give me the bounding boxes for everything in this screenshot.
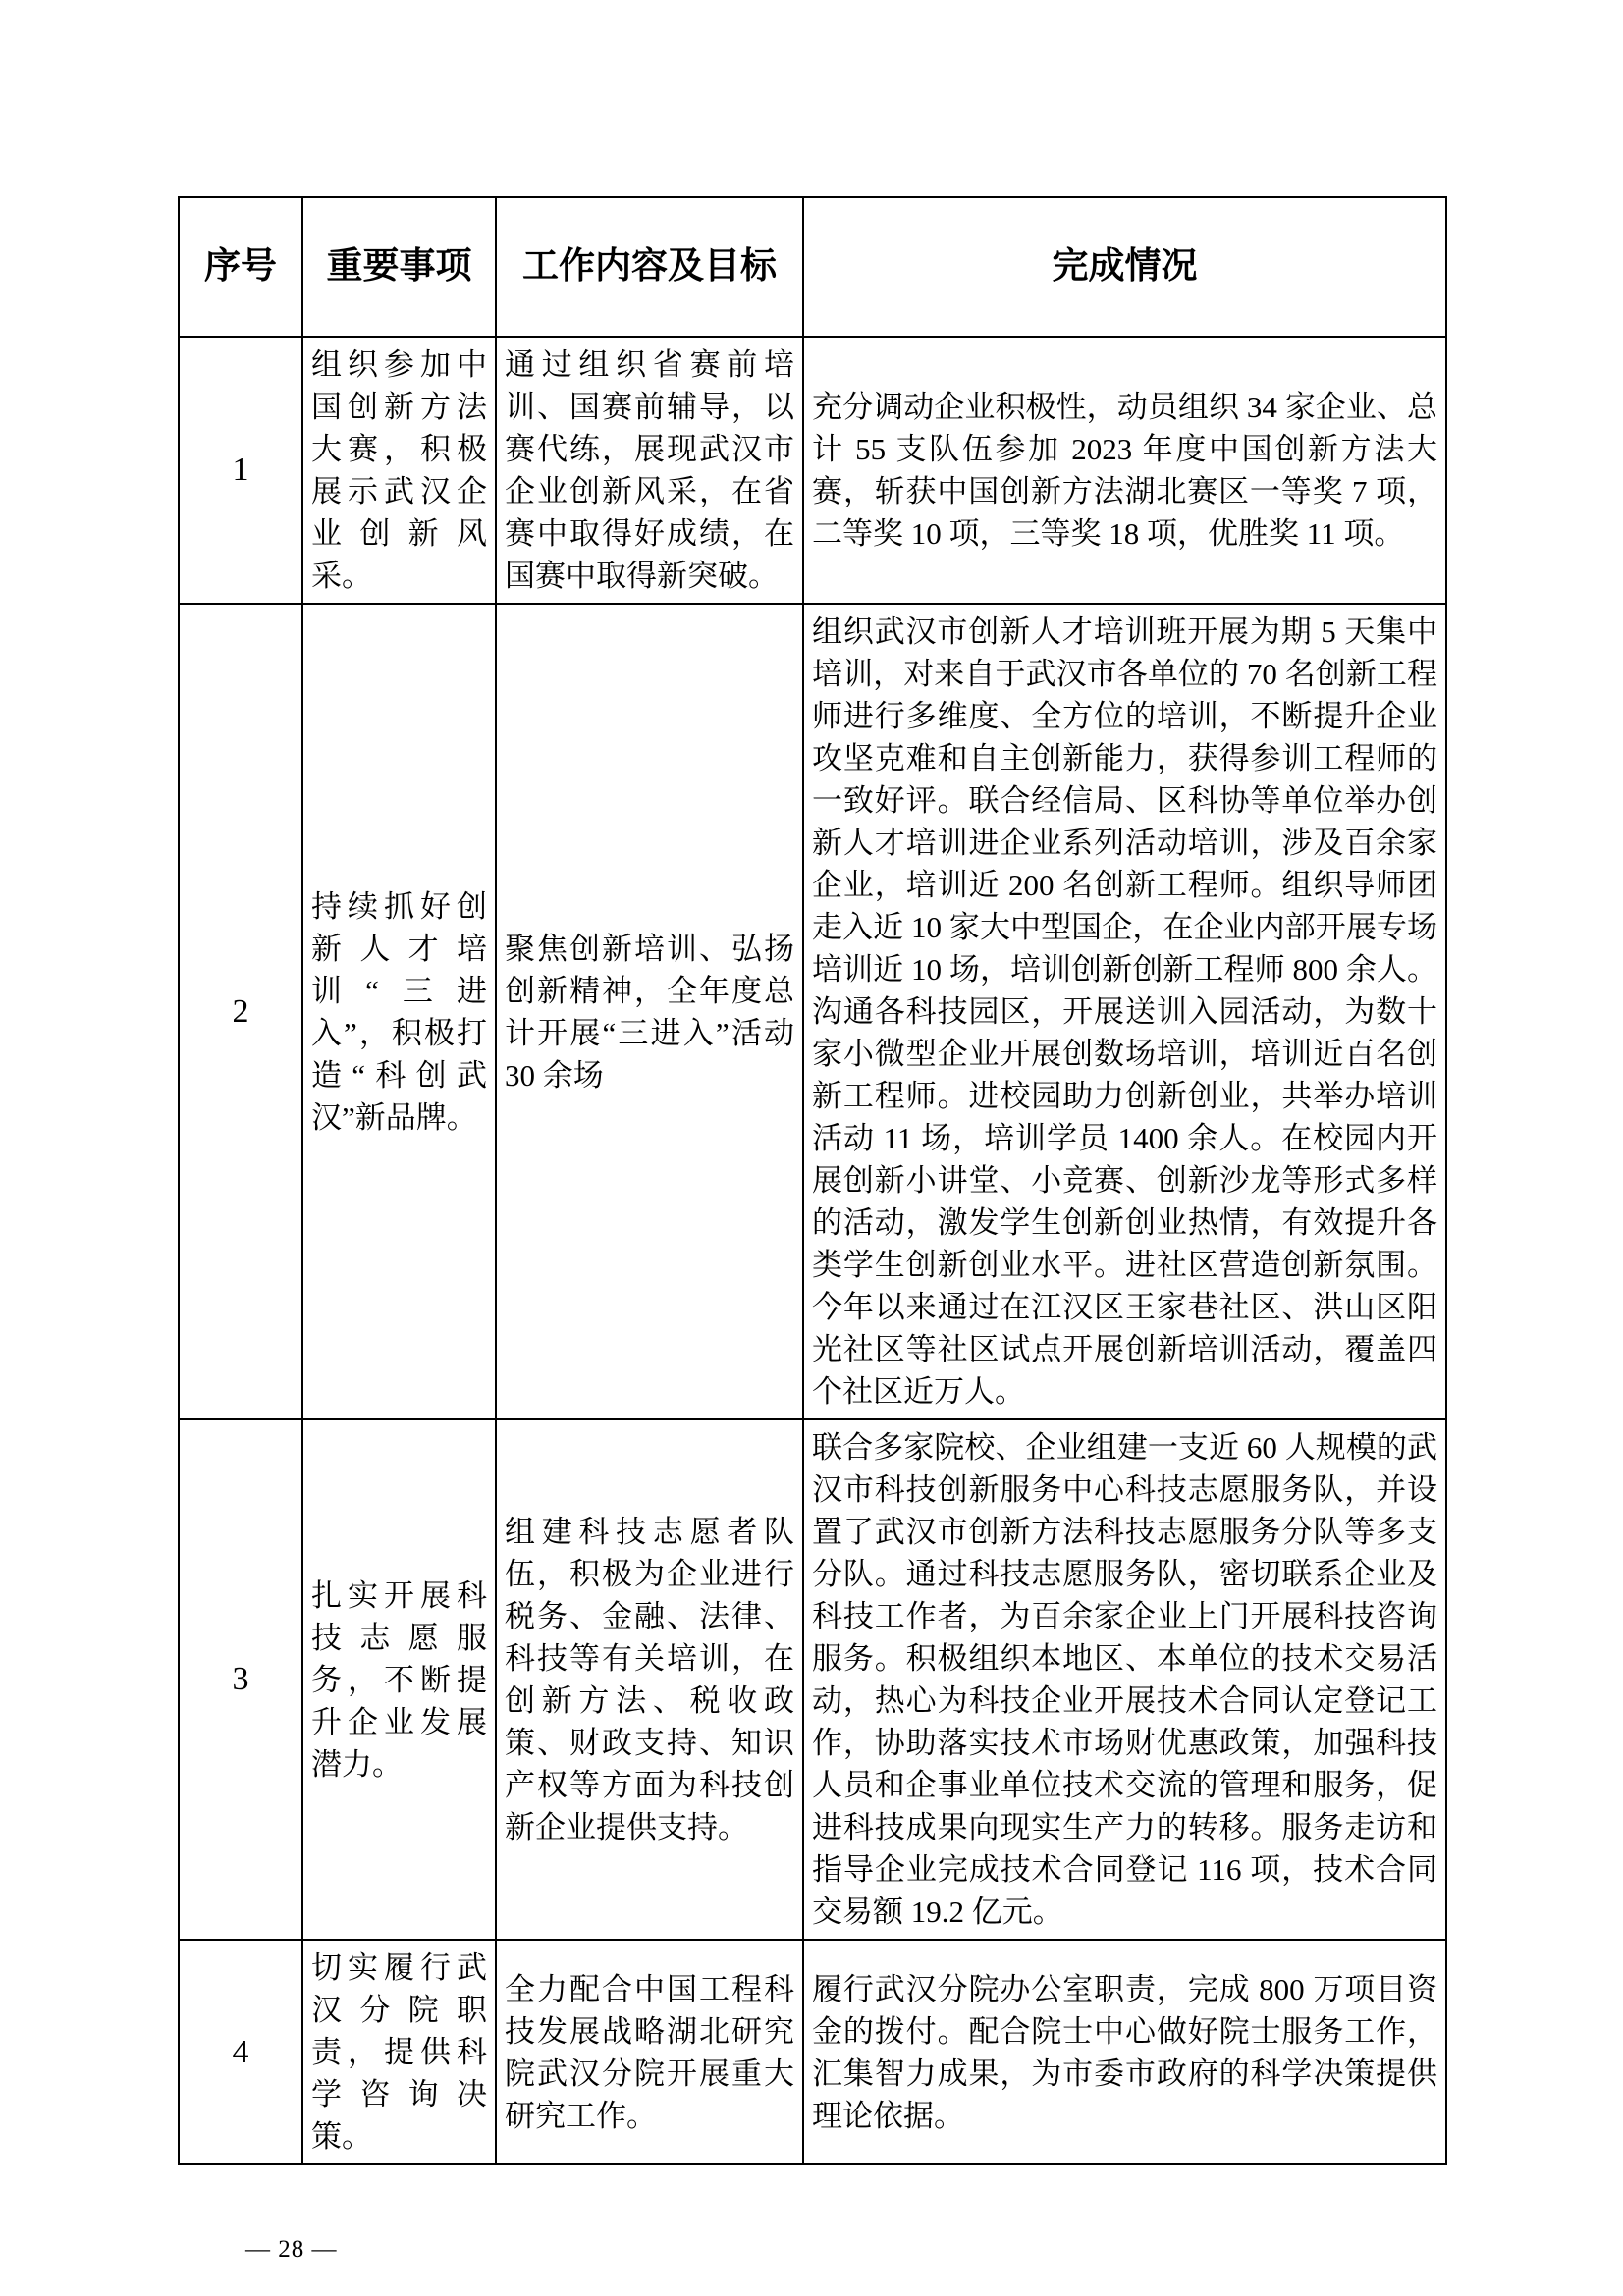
header-work-content-goal: 工作内容及目标: [496, 197, 803, 337]
table-row: 4 切实履行武汉分院职责，提供科学咨询决策。 全力配合中国工程科技发展战略湖北研…: [179, 1940, 1446, 2164]
table-row: 3 扎实开展科技志愿服务，不断提升企业发展潜力。 组建科技志愿者队伍，积极为企业…: [179, 1419, 1446, 1940]
completion-status-cell: 联合多家院校、企业组建一支近 60 人规模的武汉市科技创新服务中心科技志愿服务队…: [803, 1419, 1446, 1940]
table-header-row: 序号 重要事项 工作内容及目标 完成情况: [179, 197, 1446, 337]
table-row: 1 组织参加中国创新方法大赛，积极展示武汉企业创新风采。 通过组织省赛前培训、国…: [179, 337, 1446, 604]
important-item-cell: 切实履行武汉分院职责，提供科学咨询决策。: [302, 1940, 496, 2164]
completion-status-cell: 充分调动企业积极性，动员组织 34 家企业、总计 55 支队伍参加 2023 年…: [803, 337, 1446, 604]
completion-status-cell: 组织武汉市创新人才培训班开展为期 5 天集中培训，对来自于武汉市各单位的 70 …: [803, 604, 1446, 1419]
work-content-cell: 全力配合中国工程科技发展战略湖北研究院武汉分院开展重大研究工作。: [496, 1940, 803, 2164]
work-summary-table: 序号 重要事项 工作内容及目标 完成情况 1 组织参加中国创新方法大赛，积极展示…: [178, 196, 1447, 2165]
page-number: — 28 —: [245, 2236, 338, 2264]
document-page: 序号 重要事项 工作内容及目标 完成情况 1 组织参加中国创新方法大赛，积极展示…: [0, 0, 1623, 2296]
header-serial-number: 序号: [179, 197, 302, 337]
completion-status-cell: 履行武汉分院办公室职责，完成 800 万项目资金的拨付。配合院士中心做好院士服务…: [803, 1940, 1446, 2164]
serial-number-cell: 1: [179, 337, 302, 604]
work-content-cell: 通过组织省赛前培训、国赛前辅导，以赛代练，展现武汉市企业创新风采，在省赛中取得好…: [496, 337, 803, 604]
work-content-cell: 组建科技志愿者队伍，积极为企业进行税务、金融、法律、科技等有关培训，在创新方法、…: [496, 1419, 803, 1940]
table-row: 2 持续抓好创新人才培训“三进入”，积极打造“科创武汉”新品牌。 聚焦创新培训、…: [179, 604, 1446, 1419]
important-item-cell: 持续抓好创新人才培训“三进入”，积极打造“科创武汉”新品牌。: [302, 604, 496, 1419]
header-important-item: 重要事项: [302, 197, 496, 337]
work-content-cell: 聚焦创新培训、弘扬创新精神，全年度总计开展“三进入”活动 30 余场: [496, 604, 803, 1419]
serial-number-cell: 3: [179, 1419, 302, 1940]
important-item-cell: 扎实开展科技志愿服务，不断提升企业发展潜力。: [302, 1419, 496, 1940]
header-completion-status: 完成情况: [803, 197, 1446, 337]
serial-number-cell: 4: [179, 1940, 302, 2164]
serial-number-cell: 2: [179, 604, 302, 1419]
important-item-cell: 组织参加中国创新方法大赛，积极展示武汉企业创新风采。: [302, 337, 496, 604]
